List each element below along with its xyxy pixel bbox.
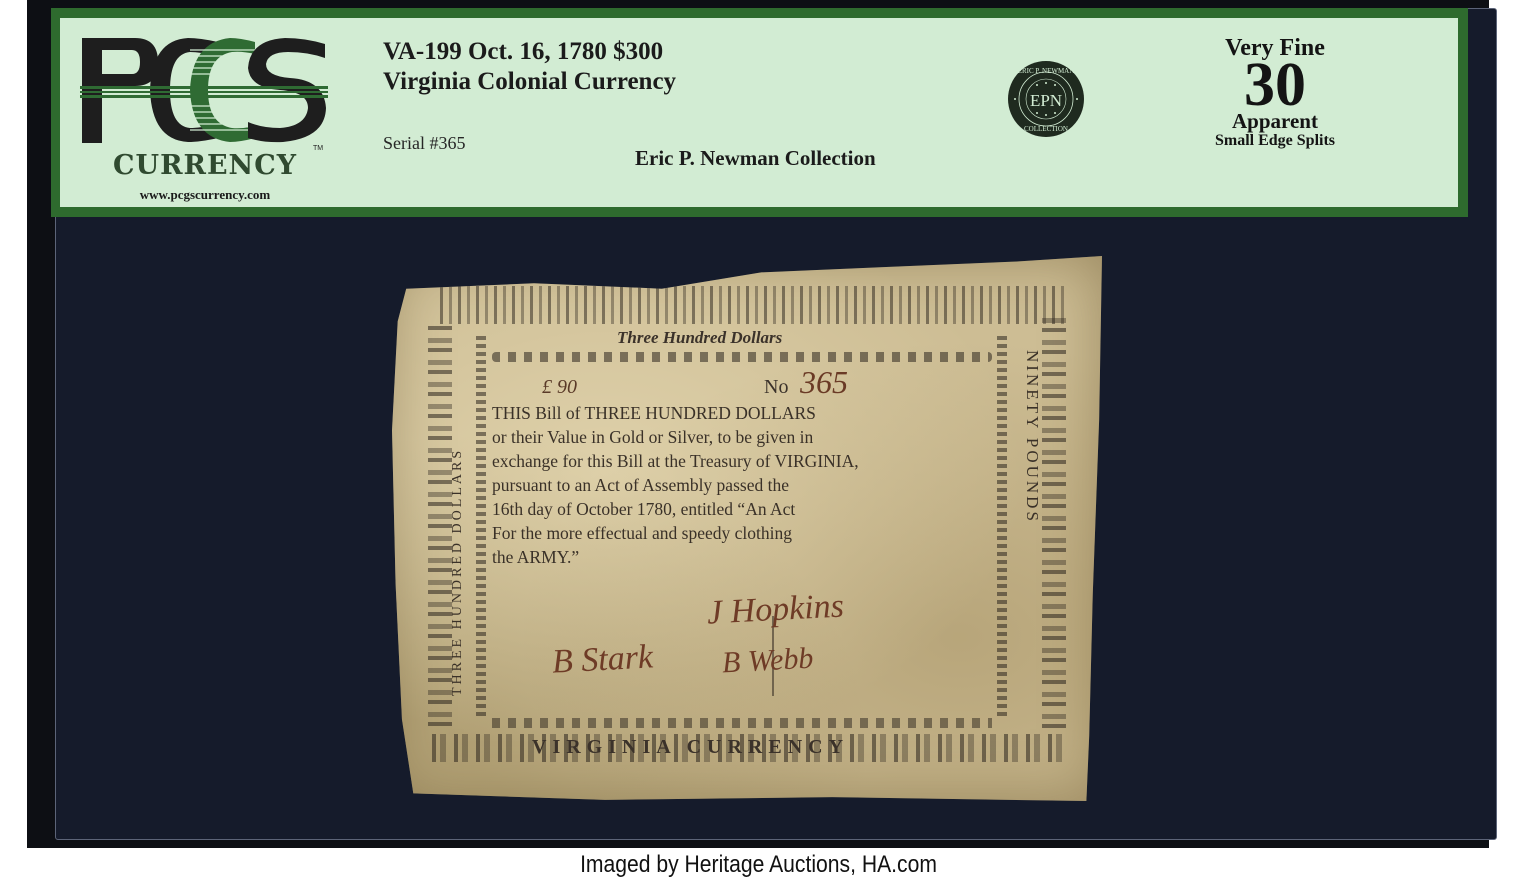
grade-note: Small Edge Splits [1190, 132, 1360, 150]
note-header: Three Hundred Dollars [617, 328, 782, 348]
grade-qualifier: Apparent [1190, 110, 1360, 132]
right-side-denomination: NINETY POUNDS [1022, 350, 1042, 524]
signature-hopkins: J Hopkins [706, 587, 845, 632]
note-body-line: THIS Bill of THREE HUNDRED DOLLARS [492, 401, 997, 425]
ornament-row-top [492, 352, 992, 362]
ornament-border-left [428, 326, 452, 726]
grading-label-panel: TM CURRENCY www.pcgscurrency.com VA-199 … [60, 18, 1458, 207]
note-body-line: 16th day of October 1780, entitled “An A… [492, 497, 997, 521]
pcgs-logo-icon [80, 30, 330, 150]
serial-number: Serial #365 [383, 133, 466, 154]
left-side-denomination: THREE HUNDRED DOLLARS [450, 448, 466, 696]
grade-number: 30 [1190, 60, 1360, 110]
note-catalog-title: VA-199 Oct. 16, 1780 $300 [383, 38, 663, 66]
ornament-border-right [1042, 318, 1066, 728]
note-body-line: pursuant to an Act of Assembly passed th… [492, 473, 997, 497]
grading-label: TM CURRENCY www.pcgscurrency.com VA-199 … [51, 8, 1468, 217]
note-body-line: or their Value in Gold or Silver, to be … [492, 425, 997, 449]
epn-seal-icon: EPN ERIC P. NEWMAN COLLECTION [1007, 60, 1085, 138]
grade-block: Very Fine 30 Apparent Small Edge Splits [1190, 30, 1360, 150]
image-credit: Imaged by Heritage Auctions, HA.com [91, 848, 1426, 881]
brand-subtitle: CURRENCY [80, 150, 330, 181]
note-body-line: the ARMY.” [492, 545, 997, 569]
pcgs-logo: TM CURRENCY www.pcgscurrency.com [80, 30, 340, 190]
note-body-line: exchange for this Bill at the Treasury o… [492, 449, 997, 473]
signature-stark: B Stark [551, 638, 654, 681]
ornament-row-bottom [492, 718, 992, 728]
note-pound-amount: £ 90 [542, 376, 577, 399]
note-number-label: No [764, 376, 788, 399]
note-footer: VIRGINIA CURRENCY [532, 736, 849, 759]
ornament-border-top [440, 286, 1070, 324]
note-series-title: Virginia Colonial Currency [383, 68, 676, 96]
svg-text:COLLECTION: COLLECTION [1024, 125, 1068, 133]
ornament-inner-left [476, 336, 486, 716]
note-number-value: 365 [800, 364, 848, 401]
note-body-text: THIS Bill of THREE HUNDRED DOLLARS or th… [492, 401, 997, 569]
banknote-image: THREE HUNDRED DOLLARS NINETY POUNDS Thre… [392, 256, 1102, 801]
svg-text:ERIC P. NEWMAN: ERIC P. NEWMAN [1018, 67, 1075, 75]
signature-webb: B Webb [721, 642, 814, 681]
website-link[interactable]: www.pcgscurrency.com [80, 187, 330, 203]
svg-text:EPN: EPN [1030, 91, 1062, 110]
note-body-line: For the more effectual and speedy clothi… [492, 521, 997, 545]
collection-name: Eric P. Newman Collection [635, 146, 876, 171]
ornament-inner-right [997, 336, 1007, 716]
